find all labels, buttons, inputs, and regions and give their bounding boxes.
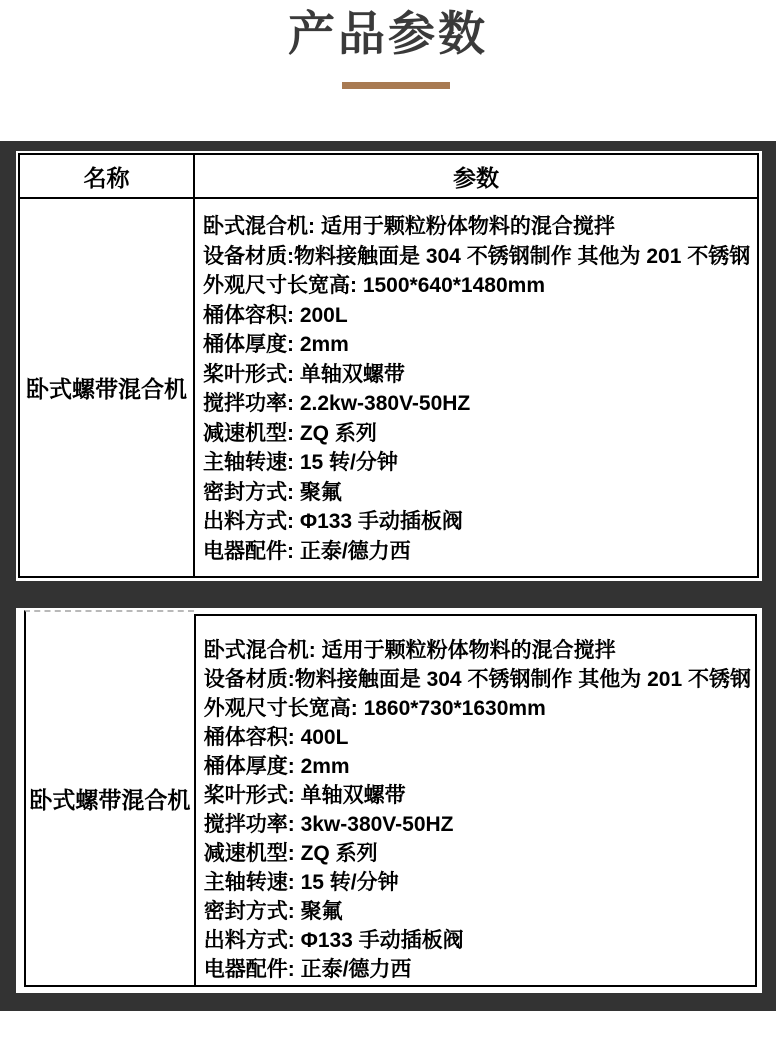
param-line: 出料方式: Φ133 手动插板阀: [204, 926, 751, 955]
param-line: 密封方式: 聚氟: [204, 897, 751, 926]
param-list-2: 卧式混合机: 适用于颗粒粉体物料的混合搅拌 设备材质:物料接触面是 304 不锈…: [194, 614, 757, 987]
param-line: 搅拌功率: 2.2kw-380V-50HZ: [203, 389, 753, 419]
spec-table-2-grid: 卧式螺带混合机 卧式混合机: 适用于颗粒粉体物料的混合搅拌 设备材质:物料接触面…: [24, 610, 757, 987]
param-line: 密封方式: 聚氟: [203, 478, 753, 508]
page-header: 产品参数: [0, 0, 776, 89]
tables-band: 名称 参数 卧式螺带混合机 卧式混合机: 适用于颗粒粉体物料的混合搅拌 设备材质…: [0, 141, 776, 1011]
param-line: 外观尺寸长宽高: 1500*640*1480mm: [203, 271, 753, 301]
column-header-name: 名称: [19, 154, 194, 198]
spec-table-2: 卧式螺带混合机 卧式混合机: 适用于颗粒粉体物料的混合搅拌 设备材质:物料接触面…: [16, 608, 762, 993]
param-line: 减速机型: ZQ 系列: [204, 839, 751, 868]
param-line: 桶体厚度: 2mm: [203, 330, 753, 360]
param-line: 设备材质:物料接触面是 304 不锈钢制作 其他为 201 不锈钢: [203, 242, 753, 272]
spec-table-1: 名称 参数 卧式螺带混合机 卧式混合机: 适用于颗粒粉体物料的混合搅拌 设备材质…: [16, 151, 762, 581]
param-line: 搅拌功率: 3kw-380V-50HZ: [204, 810, 751, 839]
param-line: 主轴转速: 15 转/分钟: [204, 868, 751, 897]
page-title: 产品参数: [0, 6, 776, 62]
param-line: 桶体容积: 200L: [203, 301, 753, 331]
param-line: 电器配件: 正泰/德力西: [204, 955, 751, 984]
table-header-row: 名称 参数: [19, 154, 758, 198]
param-line: 电器配件: 正泰/德力西: [203, 537, 753, 567]
param-list-1: 卧式混合机: 适用于颗粒粉体物料的混合搅拌 设备材质:物料接触面是 304 不锈…: [194, 198, 758, 577]
param-line: 主轴转速: 15 转/分钟: [203, 448, 753, 478]
param-line: 出料方式: Φ133 手动插板阀: [203, 507, 753, 537]
param-line: 外观尺寸长宽高: 1860*730*1630mm: [204, 694, 751, 723]
product-name-2: 卧式螺带混合机: [24, 610, 194, 987]
param-line: 卧式混合机: 适用于颗粒粉体物料的混合搅拌: [204, 636, 751, 665]
param-line: 桶体厚度: 2mm: [204, 752, 751, 781]
param-line: 减速机型: ZQ 系列: [203, 419, 753, 449]
param-line: 桨叶形式: 单轴双螺带: [204, 781, 751, 810]
spec-table-1-grid: 名称 参数 卧式螺带混合机 卧式混合机: 适用于颗粒粉体物料的混合搅拌 设备材质…: [18, 153, 759, 578]
table-row: 卧式螺带混合机 卧式混合机: 适用于颗粒粉体物料的混合搅拌 设备材质:物料接触面…: [19, 198, 758, 577]
param-line: 卧式混合机: 适用于颗粒粉体物料的混合搅拌: [203, 212, 753, 242]
column-header-param: 参数: [194, 154, 758, 198]
param-line: 桨叶形式: 单轴双螺带: [203, 360, 753, 390]
param-line: 桶体容积: 400L: [204, 723, 751, 752]
product-name-1: 卧式螺带混合机: [19, 198, 194, 577]
title-underline: [342, 82, 450, 89]
param-line: 设备材质:物料接触面是 304 不锈钢制作 其他为 201 不锈钢: [204, 665, 751, 694]
